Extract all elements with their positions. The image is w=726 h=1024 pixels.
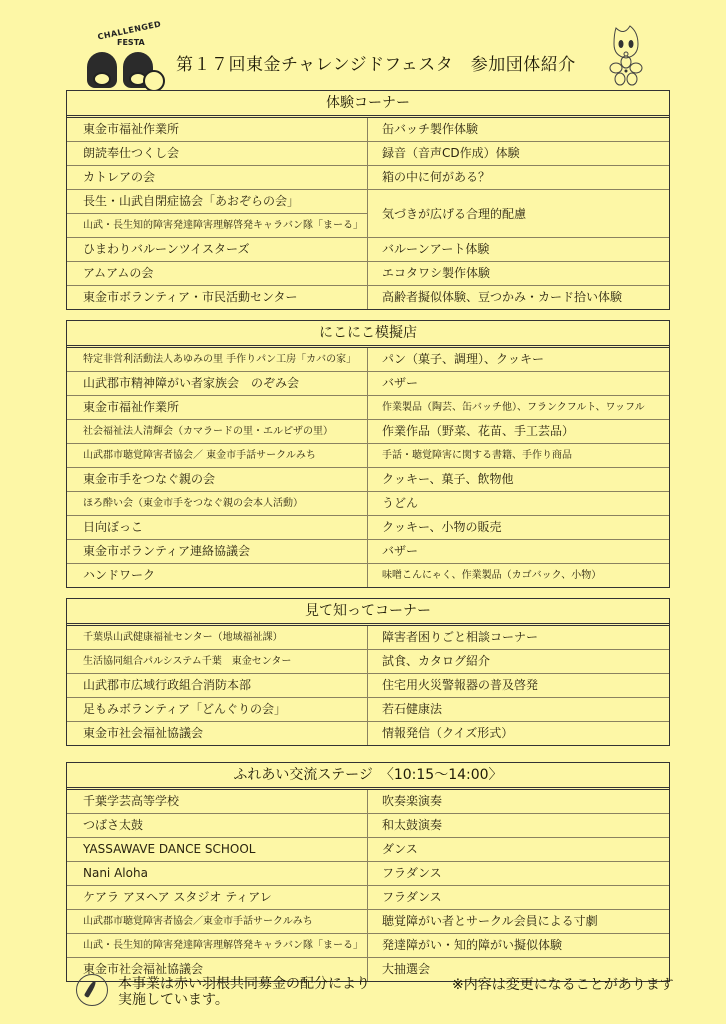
- table-row: 千葉県山武健康福祉センター（地域福祉課） 障害者困りごと相談コーナー: [67, 626, 669, 650]
- activity: パン（菓子、調理）、クッキー: [368, 348, 669, 371]
- table-row: ケアラ アヌヘア スタジオ ティアレ フラダンス: [67, 886, 669, 910]
- section-title: 見て知ってコーナー: [67, 599, 669, 626]
- change-note: ※内容は変更になることがあります: [452, 974, 674, 994]
- activity: バザー: [368, 540, 669, 563]
- org-name: 千葉県山武健康福祉センター（地域福祉課）: [67, 626, 368, 649]
- activity: 録音（音声CD作成）体験: [368, 142, 669, 165]
- table-row: カトレアの会 箱の中に何がある？: [67, 166, 669, 190]
- table-row: アムアムの会 エコタワシ製作体験: [67, 262, 669, 286]
- red-feather-badge-icon: [76, 974, 108, 1006]
- activity: 住宅用火災警報器の普及啓発: [368, 674, 669, 697]
- org-name: 山武郡市広域行政組合消防本部: [67, 674, 368, 697]
- activity: クッキー、菓子、飲物他: [368, 468, 669, 491]
- org-name: 東金市社会福祉協議会: [67, 722, 368, 745]
- org-name: 千葉学芸高等学校: [67, 790, 368, 813]
- org-name: 山武郡市聴覚障害者協会／ 東金市手話サークルみち: [67, 444, 368, 467]
- table-row: 東金市社会福祉協議会 情報発信（クイズ形式）: [67, 722, 669, 745]
- table-row: 特定非営利活動法人あゆみの里 手作りパン工房「カバの家」 パン（菓子、調理）、ク…: [67, 348, 669, 372]
- table-row: 東金市福祉作業所 缶バッチ製作体験: [67, 118, 669, 142]
- section-mock-shop: にこにこ模擬店 特定非営利活動法人あゆみの里 手作りパン工房「カバの家」 パン（…: [66, 320, 670, 588]
- table-row: 山武郡市精神障がい者家族会 のぞみ会 バザー: [67, 372, 669, 396]
- table-row: 足もみボランティア「どんぐりの会」 若石健康法: [67, 698, 669, 722]
- org-name: 山武・長生知的障害発達障害理解啓発キャラバン隊「まーる」: [67, 214, 367, 237]
- org-name: ほろ酔い会（東金市手をつなぐ親の会本人活動）: [67, 492, 368, 515]
- activity: 障害者困りごと相談コーナー: [368, 626, 669, 649]
- table-row: 東金市手をつなぐ親の会 クッキー、菓子、飲物他: [67, 468, 669, 492]
- table-row: 生活協同組合パルシステム千葉 東金センター 試食、カタログ紹介: [67, 650, 669, 674]
- table-row: 山武・長生知的障害発達障害理解啓発キャラバン隊「まーる」 発達障がい・知的障がい…: [67, 934, 669, 958]
- org-name: Nani Aloha: [67, 862, 368, 885]
- table-row: ひまわりバルーンツイスターズ バルーンアート体験: [67, 238, 669, 262]
- logo-text-festa: FESTA: [117, 38, 145, 47]
- activity: 缶バッチ製作体験: [368, 118, 669, 141]
- activity: 情報発信（クイズ形式）: [368, 722, 669, 745]
- table-row: ほろ酔い会（東金市手をつなぐ親の会本人活動） うどん: [67, 492, 669, 516]
- table-row: 山武郡市広域行政組合消防本部 住宅用火災警報器の普及啓発: [67, 674, 669, 698]
- activity: 作業製品（陶芸、缶バッチ他）、フランクフルト、ワッフル: [368, 396, 669, 419]
- table-row: 日向ぼっこ クッキー、小物の販売: [67, 516, 669, 540]
- flower-mascot-icon: [602, 22, 648, 86]
- table-row: 山武郡市聴覚障害者協会／東金市手話サークルみち 聴覚障がい者とサークル会員による…: [67, 910, 669, 934]
- activity: フラダンス: [368, 862, 669, 885]
- org-name: 東金市手をつなぐ親の会: [67, 468, 368, 491]
- activity: 吹奏楽演奏: [368, 790, 669, 813]
- org-name: 山武郡市聴覚障害者協会／東金市手話サークルみち: [67, 910, 368, 933]
- activity: 箱の中に何がある？: [368, 166, 669, 189]
- activity: 発達障がい・知的障がい擬似体験: [368, 934, 669, 957]
- activity: 若石健康法: [368, 698, 669, 721]
- activity: うどん: [368, 492, 669, 515]
- challenged-festa-logo: CHALLENGED FESTA: [75, 22, 165, 92]
- org-name: カトレアの会: [67, 166, 368, 189]
- org-name: 生活協同組合パルシステム千葉 東金センター: [67, 650, 368, 673]
- activity: フラダンス: [368, 886, 669, 909]
- org-name: 特定非営利活動法人あゆみの里 手作りパン工房「カバの家」: [67, 348, 368, 371]
- table-row: Nani Aloha フラダンス: [67, 862, 669, 886]
- table-row: 千葉学芸高等学校 吹奏楽演奏: [67, 790, 669, 814]
- section-title: 体験コーナー: [67, 91, 669, 118]
- activity: 気づきが広げる合理的配慮: [368, 190, 669, 237]
- table-row-merged: 長生・山武自閉症協会「あおぞらの会」 山武・長生知的障害発達障害理解啓発キャラバ…: [67, 190, 669, 238]
- org-name: 山武郡市精神障がい者家族会 のぞみ会: [67, 372, 368, 395]
- section-title: ふれあい交流ステージ 〈10:15～14:00〉: [67, 763, 669, 790]
- activity: 手話・聴覚障害に関する書籍、手作り商品: [368, 444, 669, 467]
- fund-note: 本事業は赤い羽根共同募金の配分により 実施しています。: [118, 976, 370, 1008]
- section-see-and-learn: 見て知ってコーナー 千葉県山武健康福祉センター（地域福祉課） 障害者困りごと相談…: [66, 598, 670, 746]
- table-row: ハンドワーク 味噌こんにゃく、作業製品（カゴバック、小物）: [67, 564, 669, 587]
- page-header: CHALLENGED FESTA 第１７回東金チャレンジドフェスタ 参加団体紹介: [0, 0, 726, 92]
- org-name: つばさ太鼓: [67, 814, 368, 837]
- table-row: 朗読奉仕つくし会 録音（音声CD作成）体験: [67, 142, 669, 166]
- page-footer: 本事業は赤い羽根共同募金の配分により 実施しています。 ※内容は変更になることが…: [76, 972, 676, 1012]
- activity: バルーンアート体験: [368, 238, 669, 261]
- table-row: 山武郡市聴覚障害者協会／ 東金市手話サークルみち 手話・聴覚障害に関する書籍、手…: [67, 444, 669, 468]
- activity: 高齢者擬似体験、豆つかみ・カード拾い体験: [368, 286, 669, 309]
- org-name: YASSAWAVE DANCE SCHOOL: [67, 838, 368, 861]
- section-stage: ふれあい交流ステージ 〈10:15～14:00〉 千葉学芸高等学校 吹奏楽演奏 …: [66, 762, 670, 982]
- org-name: ハンドワーク: [67, 564, 368, 587]
- activity: クッキー、小物の販売: [368, 516, 669, 539]
- org-name: ひまわりバルーンツイスターズ: [67, 238, 368, 261]
- mascot-icon: [87, 52, 117, 88]
- activity: 試食、カタログ紹介: [368, 650, 669, 673]
- activity: エコタワシ製作体験: [368, 262, 669, 285]
- table-row: 社会福祉法人清輝会（カマラードの里・エルピザの里） 作業作品（野菜、花苗、手工芸…: [67, 420, 669, 444]
- activity: ダンス: [368, 838, 669, 861]
- org-name: 東金市ボランティア・市民活動センター: [67, 286, 368, 309]
- org-name: 長生・山武自閉症協会「あおぞらの会」: [67, 190, 367, 214]
- fund-note-line1: 本事業は赤い羽根共同募金の配分により: [118, 976, 370, 992]
- org-name: 東金市福祉作業所: [67, 396, 368, 419]
- org-name: ケアラ アヌヘア スタジオ ティアレ: [67, 886, 368, 909]
- activity: 聴覚障がい者とサークル会員による寸劇: [368, 910, 669, 933]
- org-name: 足もみボランティア「どんぐりの会」: [67, 698, 368, 721]
- section-experience-corner: 体験コーナー 東金市福祉作業所 缶バッチ製作体験 朗読奉仕つくし会 録音（音声C…: [66, 90, 670, 310]
- table-row: YASSAWAVE DANCE SCHOOL ダンス: [67, 838, 669, 862]
- activity: 味噌こんにゃく、作業製品（カゴバック、小物）: [368, 564, 669, 587]
- section-title: にこにこ模擬店: [67, 321, 669, 348]
- table-row: 東金市ボランティア連絡協議会 バザー: [67, 540, 669, 564]
- org-name: 東金市福祉作業所: [67, 118, 368, 141]
- fund-note-line2: 実施しています。: [118, 992, 370, 1008]
- activity: 和太鼓演奏: [368, 814, 669, 837]
- org-name: 山武・長生知的障害発達障害理解啓発キャラバン隊「まーる」: [67, 934, 368, 957]
- org-name: 東金市ボランティア連絡協議会: [67, 540, 368, 563]
- table-row: つばさ太鼓 和太鼓演奏: [67, 814, 669, 838]
- org-name: アムアムの会: [67, 262, 368, 285]
- table-row: 東金市福祉作業所 作業製品（陶芸、缶バッチ他）、フランクフルト、ワッフル: [67, 396, 669, 420]
- org-name: 社会福祉法人清輝会（カマラードの里・エルピザの里）: [67, 420, 368, 443]
- activity: 作業作品（野菜、花苗、手工芸品）: [368, 420, 669, 443]
- activity: バザー: [368, 372, 669, 395]
- org-name: 日向ぼっこ: [67, 516, 368, 539]
- wheelchair-wheel-icon: [143, 70, 165, 92]
- page-title: 第１７回東金チャレンジドフェスタ 参加団体紹介: [176, 50, 576, 75]
- org-name: 朗読奉仕つくし会: [67, 142, 368, 165]
- table-row: 東金市ボランティア・市民活動センター 高齢者擬似体験、豆つかみ・カード拾い体験: [67, 286, 669, 309]
